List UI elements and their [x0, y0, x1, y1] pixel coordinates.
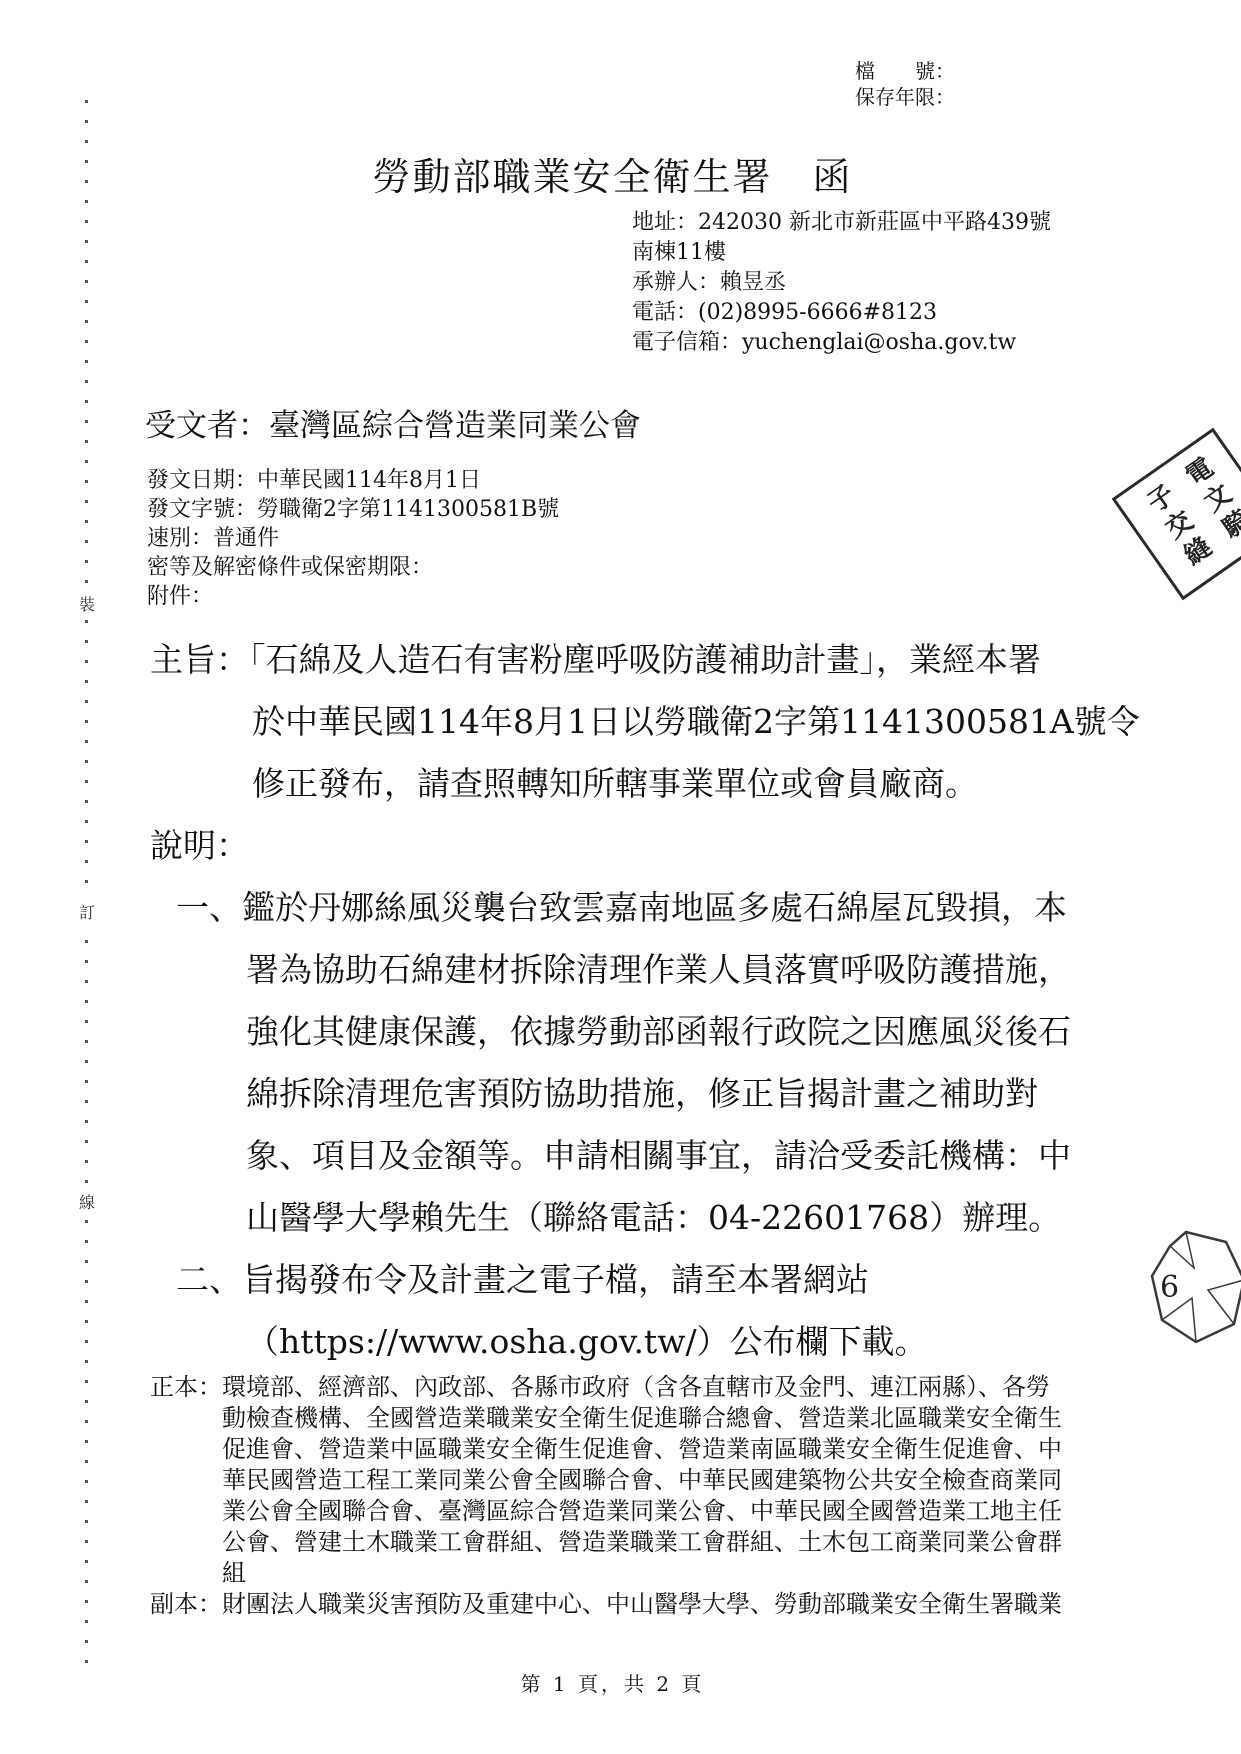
original-copy-recipients: 組: [150, 1558, 1062, 1589]
original-copy-recipients: 動檢查機構、全國營造業職業安全衛生促進聯合總會、營造業北區職業安全衛生: [150, 1403, 1062, 1434]
security-class: 密等及解密條件或保密期限：: [147, 553, 559, 582]
sender-email: 電子信箱：yuchenglai@osha.gov.tw: [632, 328, 1051, 358]
original-copy-recipients: 促進會、營造業中區職業安全衛生促進會、營造業南區職業安全衛生促進會、中: [150, 1434, 1062, 1465]
sender-info-block: 地址：242030 新北市新莊區中平路439號 南棟11樓 承辦人：賴昱丞 電話…: [632, 208, 1051, 358]
page-seal: 6: [1148, 1228, 1241, 1352]
sender-phone: 電話：(02)8995-6666#8123: [632, 298, 1051, 328]
sender-contact-person: 承辦人：賴昱丞: [632, 268, 1051, 298]
issue-number: 發文字號：勞職衛2字第1141300581B號: [147, 495, 559, 524]
page-footer: 第 1 頁，共 2 頁: [150, 1668, 1075, 1697]
explanation-item-1: 綿拆除清理危害預防協助措施，修正旨揭計畫之補助對: [150, 1063, 1140, 1125]
subject-line: 於中華民國114年8月1日以勞職衛2字第1141300581A號令: [150, 691, 1140, 753]
speed-class: 速別：普通件: [147, 524, 559, 553]
original-copy-recipients: 公會、營建土木職業工會群組、營造業職業工會群組、土木包工商業同業公會群: [150, 1527, 1062, 1558]
letter-body: 主旨：「石綿及人造石有害粉塵呼吸防護補助計畫」，業經本署 於中華民國114年8月…: [150, 629, 1140, 1373]
explanation-item-1: 一、鑑於丹娜絲風災襲台致雲嘉南地區多處石綿屋瓦毀損，本: [150, 877, 1140, 939]
file-number-label: 檔 號：: [855, 58, 955, 84]
electronic-exchange-seam-stamp: 子交縫 電文騎: [1112, 428, 1241, 601]
original-copy-recipients: 業公會全國聯合會、臺灣區綜合營造業同業公會、中華民國全國營造業工地主任: [150, 1496, 1062, 1527]
file-number-block: 檔 號： 保存年限：: [855, 58, 955, 110]
explanation-item-1: 象、項目及金額等。申請相關事宜，請洽受委託機構：中: [150, 1125, 1140, 1187]
binding-mark-ding: 訂: [77, 896, 97, 927]
original-copy-recipients: 正本：環境部、經濟部、內政部、各縣市政府（含各直轄市及金門、連江兩縣）、各勞: [150, 1372, 1062, 1403]
subject-line: 主旨：「石綿及人造石有害粉塵呼吸防護補助計畫」，業經本署: [150, 629, 1140, 691]
attachment-label: 附件：: [147, 582, 559, 611]
carbon-copy-recipients: 副本：財團法人職業災害預防及重建中心、中山醫學大學、勞動部職業安全衛生署職業: [150, 1589, 1062, 1620]
page-seal-number: 6: [1160, 1270, 1179, 1305]
document-meta-block: 發文日期：中華民國114年8月1日 發文字號：勞職衛2字第1141300581B…: [147, 466, 559, 611]
document-title: 勞動部職業安全衛生署 函: [150, 146, 1075, 201]
sender-address-line2: 南棟11樓: [632, 238, 1051, 268]
explanation-item-2: 二、旨揭發布令及計畫之電子檔，請至本署網站: [150, 1249, 1140, 1311]
sender-address-line1: 地址：242030 新北市新莊區中平路439號: [632, 208, 1051, 238]
explanation-item-2: （https://www.osha.gov.tw/）公布欄下載。: [150, 1311, 1140, 1373]
issue-date: 發文日期：中華民國114年8月1日: [147, 466, 559, 495]
explanation-item-1: 署為協助石綿建材拆除清理作業人員落實呼吸防護措施，: [150, 939, 1140, 1001]
retention-period-label: 保存年限：: [855, 84, 955, 110]
binding-mark-xian: 線: [77, 1186, 97, 1217]
recipient-line: 受文者：臺灣區綜合營造業同業公會: [145, 400, 641, 445]
binding-mark-zhuang: 裝: [77, 588, 97, 619]
binding-dotted-line: [85, 100, 88, 1680]
explanation-item-1: 山醫學大學賴先生（聯絡電話：04-22601768）辦理。: [150, 1187, 1140, 1249]
subject-line: 修正發布，請查照轉知所轄事業單位或會員廠商。: [150, 753, 1140, 815]
original-copy-recipients: 華民國營造工程工業同業公會全國聯合會、中華民國建築物公共安全檢查商業同: [150, 1465, 1062, 1496]
explanation-header: 說明：: [150, 815, 1140, 877]
official-letter-page: 裝 訂 線 檔 號： 保存年限： 勞動部職業安全衛生署 函 地址：242030 …: [0, 0, 1241, 1754]
distribution-block: 正本：環境部、經濟部、內政部、各縣市政府（含各直轄市及金門、連江兩縣）、各勞 動…: [150, 1372, 1062, 1620]
explanation-item-1: 強化其健康保護，依據勞動部函報行政院之因應風災後石: [150, 1001, 1140, 1063]
